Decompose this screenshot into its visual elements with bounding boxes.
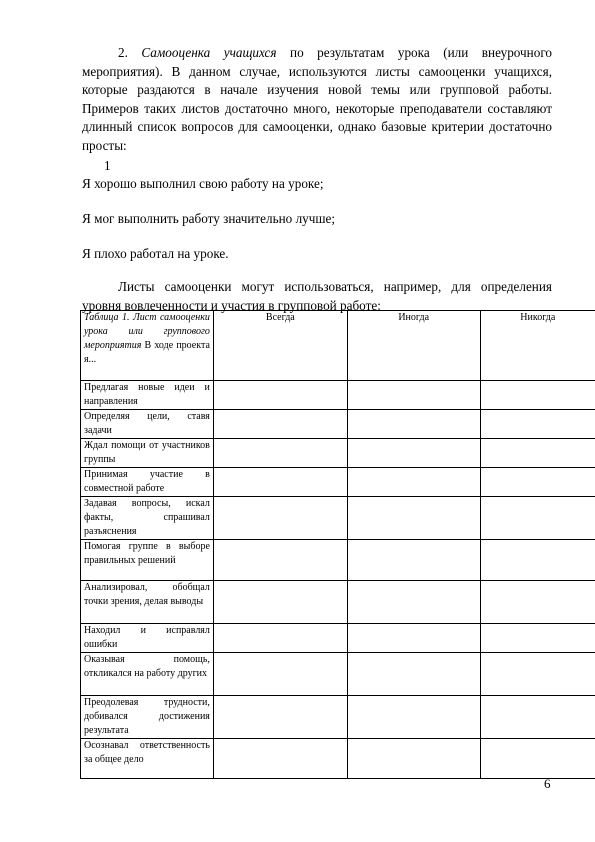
answer-cell-sometimes[interactable] [347, 624, 480, 653]
answer-cell-sometimes[interactable] [347, 410, 480, 439]
answer-cell-never[interactable] [480, 381, 595, 410]
row-label: Предлагая новые идеи и направления [81, 381, 214, 410]
row-label: Принимая участие в совместной работе [81, 468, 214, 497]
answer-cell-never[interactable] [480, 439, 595, 468]
table-row: Помогая группе в выборе правильных решен… [81, 540, 595, 581]
table-header-row: Таблица 1. Лист самооценки урока или гру… [81, 311, 595, 381]
answer-cell-always[interactable] [213, 381, 347, 410]
answer-cell-always[interactable] [213, 410, 347, 439]
self-assessment-table: Таблица 1. Лист самооценки урока или гру… [80, 310, 595, 779]
row-label: Ждал помощи от участников группы [81, 439, 214, 468]
row-label: Задавая вопросы, искал факты, спрашивал … [81, 497, 214, 540]
table-row: Задавая вопросы, искал факты, спрашивал … [81, 497, 595, 540]
answer-cell-never[interactable] [480, 624, 595, 653]
answer-cell-sometimes[interactable] [347, 468, 480, 497]
answer-cell-always[interactable] [213, 624, 347, 653]
row-label: Помогая группе в выборе правильных решен… [81, 540, 214, 581]
answer-cell-always[interactable] [213, 581, 347, 624]
answer-cell-never[interactable] [480, 696, 595, 739]
list-number: 1 [104, 157, 111, 175]
answer-cell-sometimes[interactable] [347, 653, 480, 696]
answer-cell-sometimes[interactable] [347, 540, 480, 581]
row-label: Осознавал ответственность за общее дело [81, 739, 214, 779]
row-label: Определяя цели, ставя задачи [81, 410, 214, 439]
table-row: Анализировал, обобщал точки зрения, дела… [81, 581, 595, 624]
answer-cell-always[interactable] [213, 540, 347, 581]
table-row: Предлагая новые идеи и направления [81, 381, 595, 410]
answer-cell-sometimes[interactable] [347, 381, 480, 410]
row-label: Анализировал, обобщал точки зрения, дела… [81, 581, 214, 624]
criterion-1: Я хорошо выполнил свою работу на уроке; [82, 175, 324, 193]
answer-cell-never[interactable] [480, 410, 595, 439]
answer-cell-sometimes[interactable] [347, 439, 480, 468]
table-row: Определяя цели, ставя задачи [81, 410, 595, 439]
table-row: Ждал помощи от участников группы [81, 439, 595, 468]
paragraph-self-assessment: 2. Самооценка учащихся по результатам ур… [82, 44, 552, 156]
answer-cell-never[interactable] [480, 540, 595, 581]
answer-cell-sometimes[interactable] [347, 497, 480, 540]
answer-cell-always[interactable] [213, 497, 347, 540]
answer-cell-always[interactable] [213, 653, 347, 696]
answer-cell-never[interactable] [480, 468, 595, 497]
column-header-never: Никогда [480, 311, 595, 381]
criterion-2: Я мог выполнить работу значительно лучше… [82, 210, 335, 228]
table-caption-cell: Таблица 1. Лист самооценки урока или гру… [81, 311, 214, 381]
table-row: Принимая участие в совместной работе [81, 468, 595, 497]
answer-cell-never[interactable] [480, 739, 595, 779]
column-header-sometimes: Иногда [347, 311, 480, 381]
answer-cell-always[interactable] [213, 696, 347, 739]
row-label: Оказывая помощь, откликался на работу др… [81, 653, 214, 696]
answer-cell-sometimes[interactable] [347, 581, 480, 624]
criterion-3: Я плохо работал на уроке. [82, 245, 229, 263]
paragraph-number: 2. [118, 45, 128, 60]
page-number: 6 [544, 776, 551, 792]
table-row: Находил и исправлял ошибки [81, 624, 595, 653]
answer-cell-never[interactable] [480, 497, 595, 540]
answer-cell-always[interactable] [213, 739, 347, 779]
answer-cell-always[interactable] [213, 468, 347, 497]
answer-cell-sometimes[interactable] [347, 739, 480, 779]
table-row: Оказывая помощь, откликался на работу др… [81, 653, 595, 696]
answer-cell-never[interactable] [480, 581, 595, 624]
row-label: Находил и исправлял ошибки [81, 624, 214, 653]
paragraph-usage-text: Листы самооценки могут использоваться, н… [82, 279, 552, 313]
paragraph-text: по результатам урока (или внеурочного ме… [82, 45, 552, 153]
row-label: Преодолевая трудности, добивался достиже… [81, 696, 214, 739]
table-row: Осознавал ответственность за общее дело [81, 739, 595, 779]
table-row: Преодолевая трудности, добивался достиже… [81, 696, 595, 739]
answer-cell-always[interactable] [213, 439, 347, 468]
answer-cell-sometimes[interactable] [347, 696, 480, 739]
column-header-always: Всегда [213, 311, 347, 381]
italic-term: Самооценка учащихся [141, 45, 276, 60]
answer-cell-never[interactable] [480, 653, 595, 696]
